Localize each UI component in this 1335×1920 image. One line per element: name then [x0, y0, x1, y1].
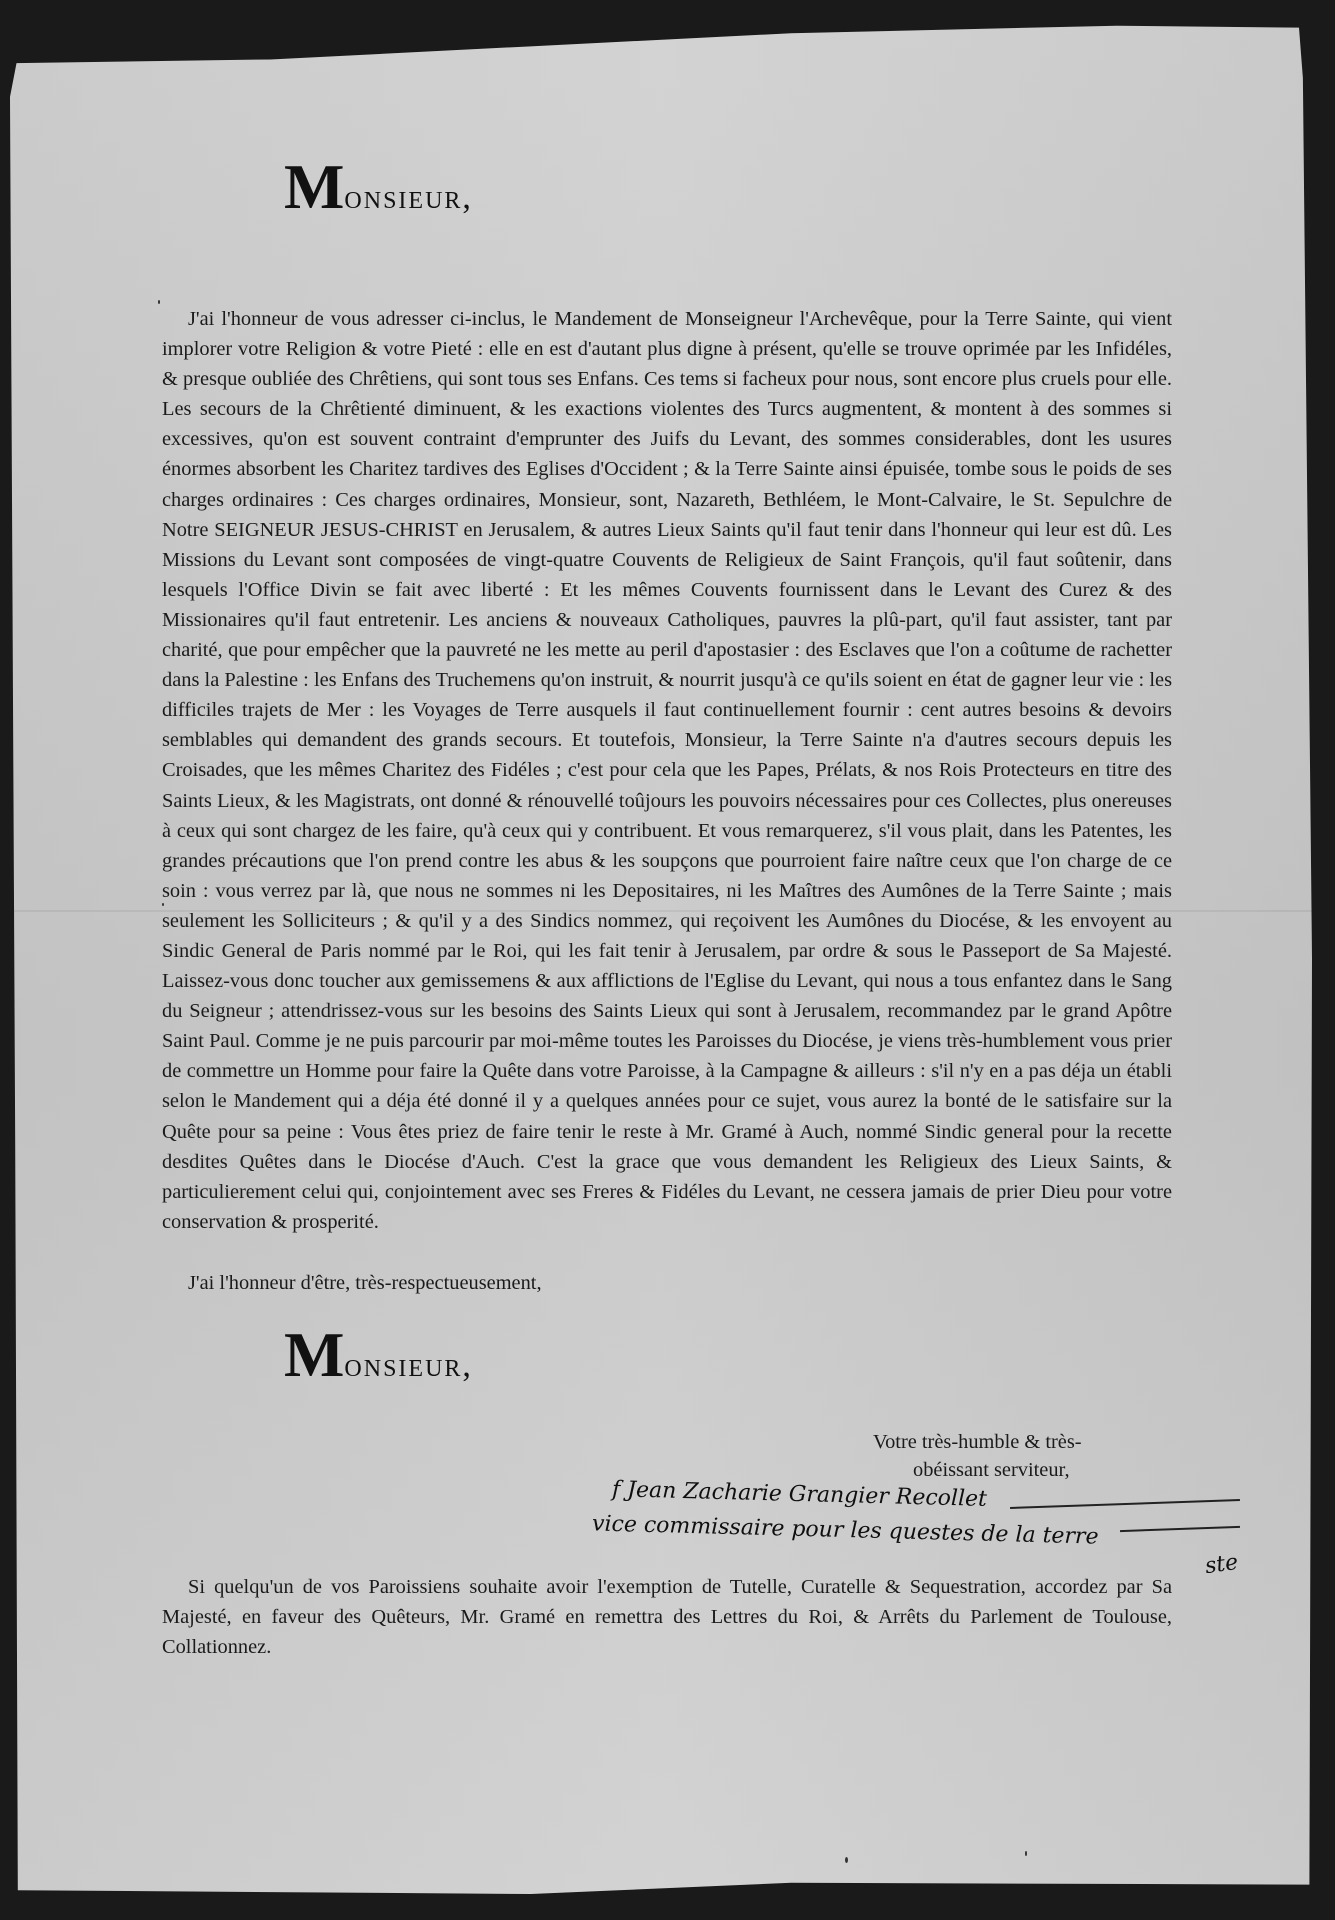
handwritten-abbreviation: ste — [1203, 1550, 1239, 1579]
ink-speck — [158, 300, 160, 304]
printed-signature-block: Votre très-humble & très- obéissant serv… — [873, 1428, 1082, 1484]
salutation-heading: Monsieur, — [284, 150, 473, 224]
closing-formula: J'ai l'honneur d'être, très-respectueuse… — [188, 1272, 542, 1295]
closing-salutation-heading: Monsieur, — [284, 1318, 473, 1392]
signature-line-2: obéissant serviteur, — [873, 1456, 1082, 1484]
salutation-rest: onsieur, — [344, 179, 473, 216]
ink-speck — [162, 903, 164, 906]
ink-speck — [1025, 1851, 1027, 1856]
drop-capital: M — [284, 151, 344, 222]
signature-line-1: Votre très-humble & très- — [873, 1431, 1082, 1453]
ink-speck — [845, 1857, 848, 1863]
closing-salutation-rest: onsieur, — [344, 1347, 473, 1384]
letter-body: J'ai l'honneur de vous adresser ci-inclu… — [162, 304, 1172, 1237]
postscript-note: Si quelqu'un de vos Paroissiens souhaite… — [162, 1572, 1172, 1662]
drop-capital: M — [284, 1319, 344, 1390]
